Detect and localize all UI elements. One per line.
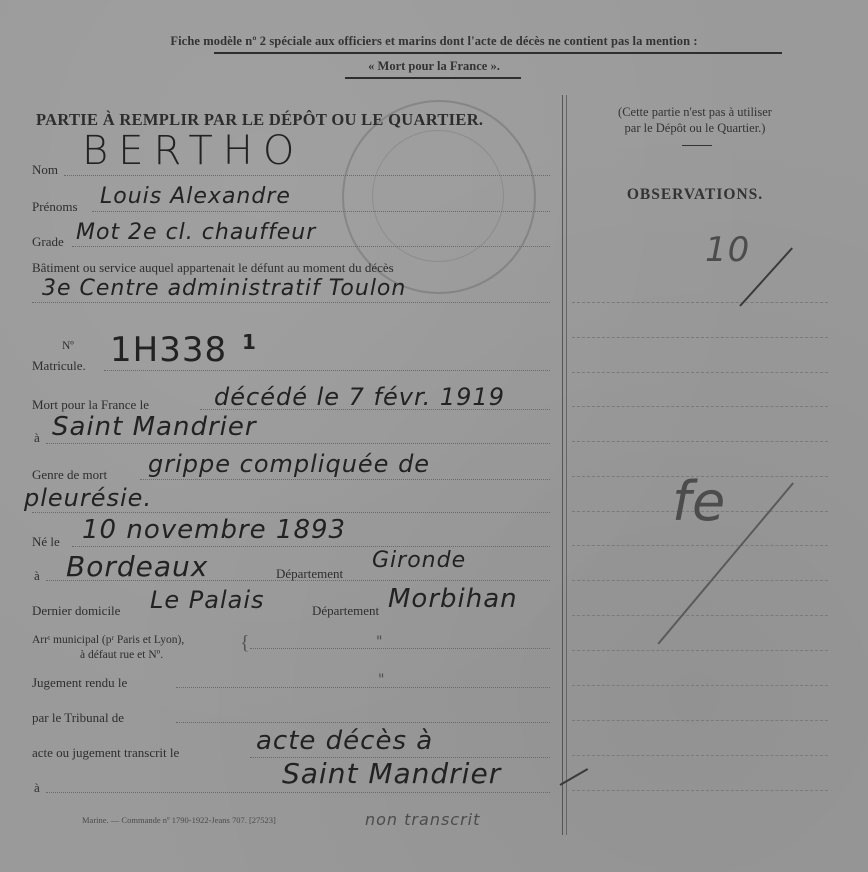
observation-line: [572, 615, 828, 616]
field-value-dernier-domicile: Le Palais: [150, 586, 265, 614]
field-value-grade: Mot 2e cl. chauffeur: [76, 220, 316, 245]
field-line: [140, 479, 550, 480]
observation-line: [572, 790, 828, 791]
header-underline: [214, 52, 782, 54]
field-line: [72, 546, 550, 547]
field-label-mort: Mort pour la France le: [32, 397, 149, 413]
field-label-tribunal: par le Tribunal de: [32, 710, 124, 726]
field-label-arr-municipal-2: à défaut rue et Nº.: [80, 649, 163, 661]
field-label-nom: Nom: [32, 162, 58, 178]
observation-line: [572, 545, 828, 546]
observations-note-line2: par le Dépôt ou le Quartier.): [580, 120, 810, 136]
field-value-batiment: 3e Centre administratif Toulon: [42, 276, 406, 301]
field-line: [32, 512, 550, 513]
field-line: [250, 648, 550, 649]
field-value-genre-2: pleurésie.: [24, 484, 152, 512]
field-line: [32, 302, 550, 303]
field-label-grade: Grade: [32, 234, 64, 250]
observation-line: [572, 685, 828, 686]
observations-note: (Cette partie n'est pas à utiliser par l…: [580, 104, 810, 136]
strike-slash-icon: [560, 768, 589, 786]
field-label-prenoms: Prénoms: [32, 199, 78, 215]
field-label-numero: Nº: [62, 340, 74, 352]
field-label-mort-lieu: à: [34, 430, 40, 446]
observation-annotation-1: 10: [705, 230, 750, 270]
field-value-ne-lieu: Bordeaux: [66, 550, 208, 583]
field-value-mort: décédé le 7 févr. 1919: [214, 383, 505, 411]
field-value-matricule-suffix: 1: [242, 330, 257, 354]
field-label-arr-municipal: Arrᵗ municipal (pʳ Paris et Lyon),: [32, 634, 184, 646]
section-title: PARTIE À REMPLIR PAR LE DÉPÔT OU LE QUAR…: [36, 110, 483, 130]
field-line: [72, 246, 550, 247]
field-value-mort-lieu: Saint Mandrier: [52, 412, 257, 442]
field-line: [176, 722, 550, 723]
observations-title: OBSERVATIONS.: [580, 186, 810, 204]
field-line: [46, 792, 550, 793]
observations-note-line1: (Cette partie n'est pas à utiliser: [580, 104, 810, 120]
observation-line: [572, 372, 828, 373]
column-divider-2: [566, 95, 567, 835]
field-label-transcrit: acte ou jugement transcrit le: [32, 745, 179, 761]
field-value-arr-municipal: ": [376, 634, 383, 650]
field-label-ne-departement: Département: [276, 566, 343, 582]
observation-line: [572, 406, 828, 407]
field-label-genre: Genre de mort: [32, 467, 107, 483]
form-header-line1: Fiche modèle nº 2 spéciale aux officiers…: [0, 34, 868, 49]
field-line: [176, 687, 550, 688]
column-divider: [562, 95, 563, 835]
field-value-transcrit-lieu: Saint Mandrier: [282, 757, 501, 790]
observation-line: [572, 302, 828, 303]
observation-line: [572, 755, 828, 756]
field-label-transcrit-lieu: à: [34, 780, 40, 796]
form-header-line2: « Mort pour la France ».: [0, 59, 868, 74]
footer-pencil-note: non transcrit: [365, 810, 480, 829]
field-value-nom: BERTHO: [82, 128, 304, 174]
observation-line: [572, 441, 828, 442]
field-label-matricule: Matricule.: [32, 358, 86, 374]
field-value-ne-le: 10 novembre 1893: [82, 515, 346, 545]
document-sheet: Fiche modèle nº 2 spéciale aux officiers…: [0, 0, 868, 872]
field-label-jugement: Jugement rendu le: [32, 675, 127, 691]
brace-icon: {: [240, 632, 250, 655]
field-value-transcrit: acte décès à: [256, 726, 433, 756]
field-label-domicile-departement: Département: [312, 603, 379, 619]
observation-line: [572, 580, 828, 581]
field-label-batiment: Bâtiment ou service auquel appartenait l…: [32, 260, 394, 276]
faded-stamp-inner-icon: [372, 130, 504, 262]
field-label-ne-le: Né le: [32, 534, 60, 550]
field-value-domicile-departement: Morbihan: [388, 584, 518, 614]
field-label-dernier-domicile: Dernier domicile: [32, 603, 120, 619]
field-line: [92, 211, 550, 212]
field-value-genre: grippe compliquée de: [148, 450, 430, 478]
observation-line: [572, 720, 828, 721]
header-underline-2: [345, 77, 521, 79]
observation-line: [572, 337, 828, 338]
field-value-jugement: ": [378, 672, 385, 688]
observations-dash: [682, 145, 712, 146]
observation-annotation-2: fe: [672, 470, 726, 533]
field-line: [104, 370, 550, 371]
printer-mark: Marine. — Commande nº 1790-1922-Jeans 70…: [82, 815, 276, 825]
field-value-matricule: 1H338: [110, 330, 227, 370]
field-line: [64, 175, 550, 176]
field-value-ne-departement: Gironde: [372, 548, 466, 573]
observation-line: [572, 650, 828, 651]
field-line: [46, 443, 550, 444]
field-value-prenoms: Louis Alexandre: [100, 184, 291, 209]
field-label-ne-lieu: à: [34, 568, 40, 584]
